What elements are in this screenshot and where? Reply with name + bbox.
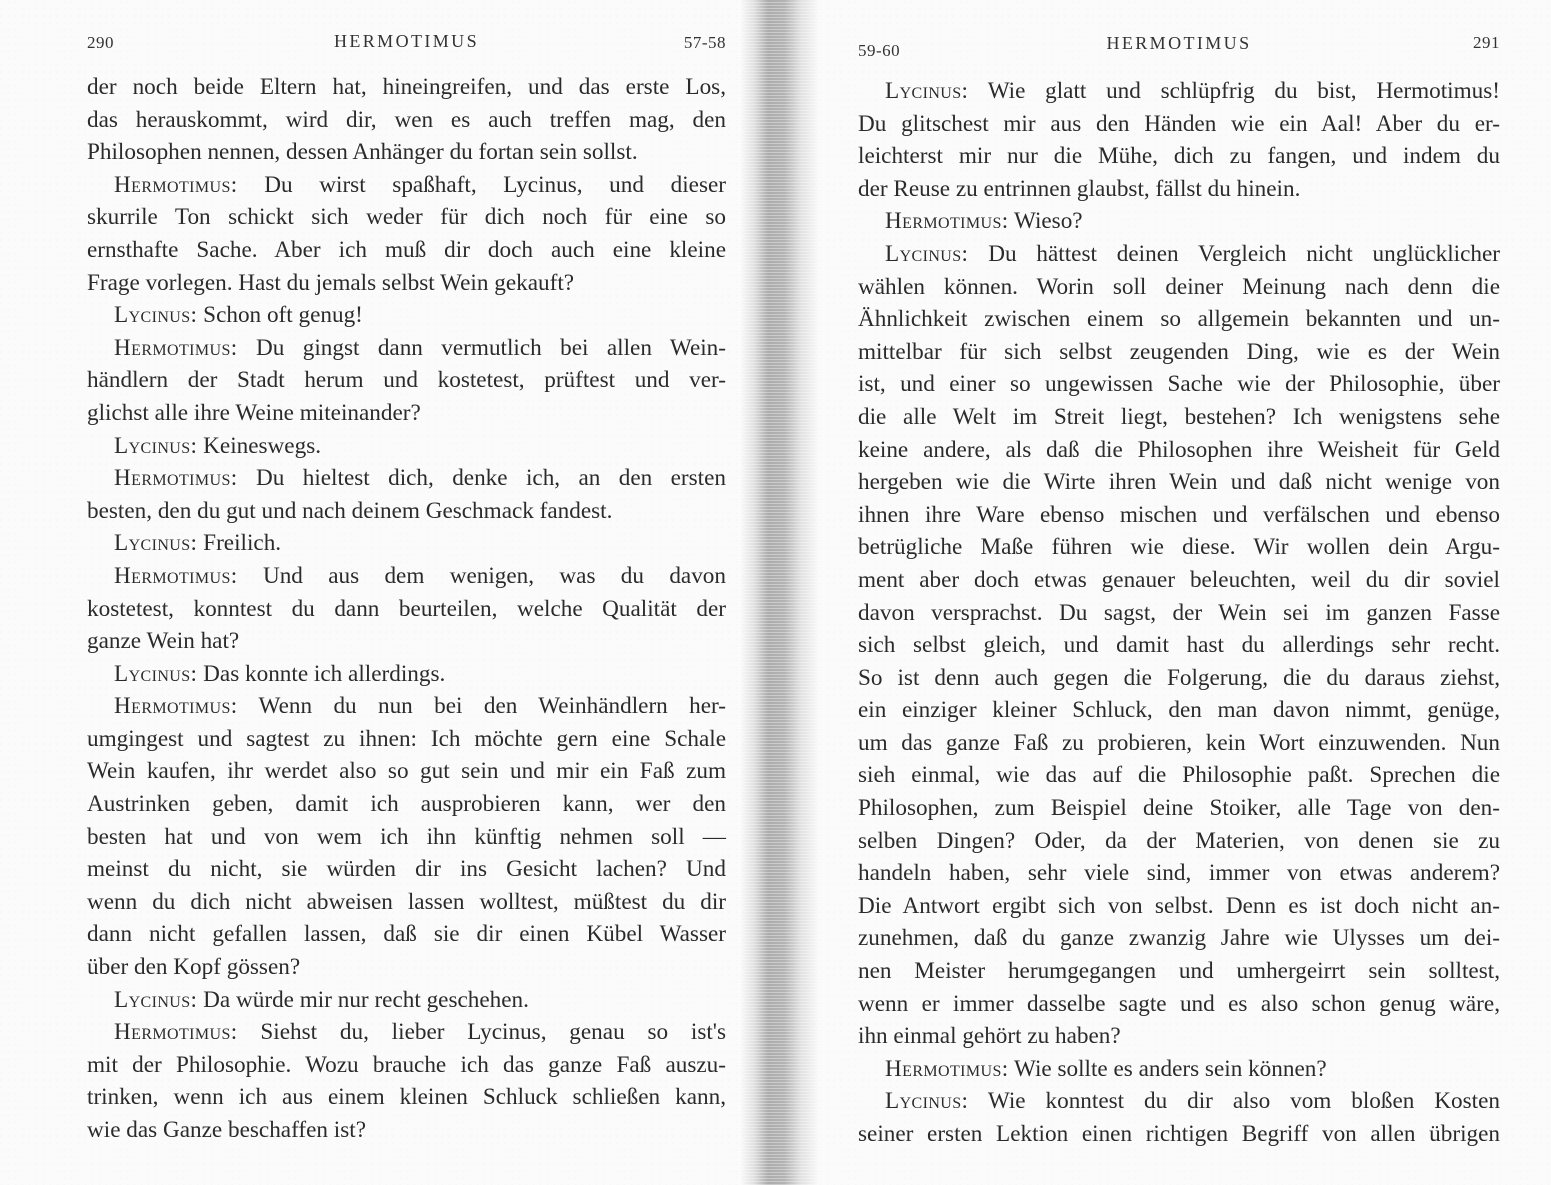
- line-text: Philosophen nennen, dessen Anhänger du f…: [87, 139, 638, 165]
- text-line: trinken, wenn ich aus einem kleinen Schl…: [87, 1081, 726, 1114]
- line-text: wenn er immer dasselbe sagte und es also…: [858, 991, 1500, 1017]
- text-line: Hermotimus: Wieso?: [858, 205, 1500, 238]
- line-text: davon versprachst. Du sagst, der Wein se…: [858, 600, 1500, 626]
- line-text: Du hieltest dich, denke ich, an den erst…: [238, 465, 726, 491]
- text-line: skurrile Ton schickt sich weder für dich…: [87, 201, 726, 234]
- book-spread: 290 HERMOTIMUS 57-58 der noch beide Elte…: [0, 0, 1551, 1185]
- left-running-head: 290 HERMOTIMUS 57-58: [87, 31, 726, 71]
- text-line: Du glitschest mir aus den Händen wie ein…: [858, 108, 1500, 141]
- line-text: Wie sollte es anders sein können?: [1009, 1056, 1327, 1082]
- speaker-name: Lycinus:: [114, 433, 197, 459]
- text-line: händlern der Stadt herum und kostetest, …: [87, 364, 726, 397]
- line-text: ganze Wein hat?: [87, 628, 239, 654]
- line-text: meinst du nicht, sie würden dir ins Gesi…: [87, 856, 726, 882]
- line-text: Du wirst spaßhaft, Lycinus, und dieser: [238, 172, 726, 198]
- speaker-name: Hermotimus:: [114, 1019, 238, 1045]
- text-line: ein einziger kleiner Schluck, den man da…: [858, 694, 1500, 727]
- right-page-number: 291: [1473, 33, 1500, 53]
- line-text: kostetest, konntest du dann beurteilen, …: [87, 596, 726, 622]
- speaker-name: Lycinus:: [885, 241, 968, 267]
- text-line: leichterst mir nur die Mühe, dich zu fan…: [858, 140, 1500, 173]
- line-text: hergeben wie die Wirte ihren Wein und da…: [858, 469, 1500, 495]
- speaker-name: Hermotimus:: [114, 693, 238, 719]
- text-line: nen Meister herumgegangen und umhergeirr…: [858, 955, 1500, 988]
- line-text: der noch beide Eltern hat, hineingreifen…: [87, 74, 726, 100]
- text-line: ment aber doch etwas genauer beleuchten,…: [858, 564, 1500, 597]
- line-text: handeln haben, sehr viele sind, immer vo…: [858, 860, 1500, 886]
- line-text: ein einziger kleiner Schluck, den man da…: [858, 697, 1500, 723]
- line-text: die alle Welt im Streit liegt, bestehen?…: [858, 404, 1500, 430]
- text-line: wenn du dich nicht abweisen lassen wollt…: [87, 886, 726, 919]
- line-text: zunehmen, daß du ganze zwanzig Jahre wie…: [858, 925, 1500, 951]
- speaker-name: Hermotimus:: [885, 208, 1009, 234]
- text-line: mittelbar für sich selbst zeugenden Ding…: [858, 336, 1500, 369]
- text-line: mit der Philosophie. Wozu brauche ich da…: [87, 1049, 726, 1082]
- text-line: die alle Welt im Streit liegt, bestehen?…: [858, 401, 1500, 434]
- text-line: Hermotimus: Siehst du, lieber Lycinus, g…: [87, 1016, 726, 1049]
- text-line: wenn er immer dasselbe sagte und es also…: [858, 988, 1500, 1021]
- line-text: dann nicht gefallen lassen, daß sie dir …: [87, 921, 726, 947]
- text-line: Lycinus: Du hättest deinen Vergleich nic…: [858, 238, 1500, 271]
- line-text: wählen können. Worin soll deiner Meinung…: [858, 274, 1500, 300]
- line-text: Du gingst dann vermutlich bei allen Wein…: [238, 335, 726, 361]
- text-line: Lycinus: Das konnte ich allerdings.: [87, 658, 726, 691]
- text-line: Lycinus: Wie konntest du dir also vom bl…: [858, 1085, 1500, 1118]
- speaker-name: Lycinus:: [114, 661, 197, 687]
- speaker-name: Hermotimus:: [885, 1056, 1009, 1082]
- speaker-name: Hermotimus:: [114, 465, 238, 491]
- left-running-title: HERMOTIMUS: [87, 31, 726, 52]
- speaker-name: Lycinus:: [114, 302, 197, 328]
- speaker-name: Lycinus:: [114, 530, 197, 556]
- line-text: keine andere, als daß die Philosophen ih…: [858, 437, 1500, 463]
- speaker-name: Lycinus:: [885, 1088, 968, 1114]
- line-text: mit der Philosophie. Wozu brauche ich da…: [87, 1052, 726, 1078]
- line-text: selben Dingen? Oder, da der Materien, vo…: [858, 828, 1500, 854]
- line-text: glichst alle ihre Weine miteinander?: [87, 400, 421, 426]
- line-text: Schon oft genug!: [197, 302, 363, 328]
- line-text: Wie glatt und schlüpfrig du bist, Hermot…: [968, 78, 1500, 104]
- text-line: Lycinus: Freilich.: [87, 527, 726, 560]
- speaker-name: Lycinus:: [114, 987, 197, 1013]
- line-text: Wein kaufen, ihr werdet also so gut sein…: [87, 758, 726, 784]
- speaker-name: Hermotimus:: [114, 563, 238, 589]
- text-line: ihnen ihre Ware ebenso mischen und verfä…: [858, 499, 1500, 532]
- text-line: Lycinus: Da würde mir nur recht geschehe…: [87, 984, 726, 1017]
- text-line: ernsthafte Sache. Aber ich muß dir doch …: [87, 234, 726, 267]
- left-page: 290 HERMOTIMUS 57-58 der noch beide Elte…: [87, 0, 726, 1185]
- line-text: Du glitschest mir aus den Händen wie ein…: [858, 111, 1500, 137]
- line-text: der Reuse zu entrinnen glaubst, fällst d…: [858, 176, 1300, 202]
- line-text: betrügliche Maße führen wie diese. Wir w…: [858, 534, 1500, 560]
- text-line: hergeben wie die Wirte ihren Wein und da…: [858, 466, 1500, 499]
- line-text: wenn du dich nicht abweisen lassen wollt…: [87, 889, 726, 915]
- text-line: kostetest, konntest du dann beurteilen, …: [87, 593, 726, 626]
- text-line: davon versprachst. Du sagst, der Wein se…: [858, 597, 1500, 630]
- line-text: nen Meister herumgegangen und umhergeirr…: [858, 958, 1500, 984]
- text-line: betrügliche Maße führen wie diese. Wir w…: [858, 531, 1500, 564]
- text-line: Ähnlichkeit zwischen einem so allgemein …: [858, 303, 1500, 336]
- text-line: der noch beide Eltern hat, hineingreifen…: [87, 71, 726, 104]
- line-text: seiner ersten Lektion einen richtigen Be…: [858, 1121, 1500, 1147]
- line-text: mittelbar für sich selbst zeugenden Ding…: [858, 339, 1500, 365]
- text-line: Austrinken geben, damit ich ausprobieren…: [87, 788, 726, 821]
- book-gutter-shadow: [740, 0, 820, 1185]
- text-line: um das ganze Faß zu probieren, kein Wort…: [858, 727, 1500, 760]
- line-text: besten, den du gut und nach deinem Gesch…: [87, 498, 612, 524]
- text-line: So ist denn auch gegen die Folgerung, di…: [858, 662, 1500, 695]
- speaker-name: Hermotimus:: [114, 335, 238, 361]
- line-text: trinken, wenn ich aus einem kleinen Schl…: [87, 1084, 726, 1110]
- line-text: Wenn du nun bei den Weinhändlern her-: [238, 693, 726, 719]
- text-line: Lycinus: Wie glatt und schlüpfrig du bis…: [858, 75, 1500, 108]
- line-text: ernsthafte Sache. Aber ich muß dir doch …: [87, 237, 726, 263]
- line-text: Da würde mir nur recht geschehen.: [197, 987, 529, 1013]
- line-text: über den Kopf gössen?: [87, 954, 300, 980]
- line-text: So ist denn auch gegen die Folgerung, di…: [858, 665, 1500, 691]
- text-line: keine andere, als daß die Philosophen ih…: [858, 434, 1500, 467]
- text-line: Lycinus: Schon oft genug!: [87, 299, 726, 332]
- text-line: sieh einmal, wie das auf die Philosophie…: [858, 759, 1500, 792]
- line-text: Ähnlichkeit zwischen einem so allgemein …: [858, 306, 1500, 332]
- line-text: besten hat und von wem ich ihn künftig n…: [87, 824, 726, 850]
- line-text: Philosophen, zum Beispiel deine Stoiker,…: [858, 795, 1500, 821]
- right-page: 59-60 HERMOTIMUS 291 Lycinus: Wie glatt …: [858, 0, 1500, 1185]
- text-line: Frage vorlegen. Hast du jemals selbst We…: [87, 267, 726, 300]
- left-page-body: der noch beide Eltern hat, hineingreifen…: [87, 71, 726, 1147]
- text-line: ganze Wein hat?: [87, 625, 726, 658]
- text-line: wie das Ganze beschaffen ist?: [87, 1114, 726, 1147]
- line-text: umgingest und sagtest zu ihnen: Ich möch…: [87, 726, 726, 752]
- line-text: ment aber doch etwas genauer beleuchten,…: [858, 567, 1500, 593]
- line-text: leichterst mir nur die Mühe, dich zu fan…: [858, 143, 1500, 169]
- text-line: Philosophen nennen, dessen Anhänger du f…: [87, 136, 726, 169]
- line-text: Die Antwort ergibt sich von selbst. Denn…: [858, 893, 1500, 919]
- text-line: Die Antwort ergibt sich von selbst. Denn…: [858, 890, 1500, 923]
- text-line: wählen können. Worin soll deiner Meinung…: [858, 271, 1500, 304]
- text-line: Wein kaufen, ihr werdet also so gut sein…: [87, 755, 726, 788]
- text-line: Hermotimus: Du hieltest dich, denke ich,…: [87, 462, 726, 495]
- line-text: Siehst du, lieber Lycinus, genau so ist'…: [238, 1019, 726, 1045]
- line-text: wie das Ganze beschaffen ist?: [87, 1117, 366, 1143]
- text-line: dann nicht gefallen lassen, daß sie dir …: [87, 918, 726, 951]
- text-line: das herauskommt, wird dir, wen es auch t…: [87, 104, 726, 137]
- line-text: Und aus dem wenigen, was du davon: [238, 563, 726, 589]
- line-text: skurrile Ton schickt sich weder für dich…: [87, 204, 726, 230]
- text-line: über den Kopf gössen?: [87, 951, 726, 984]
- text-line: umgingest und sagtest zu ihnen: Ich möch…: [87, 723, 726, 756]
- text-line: Hermotimus: Du wirst spaßhaft, Lycinus, …: [87, 169, 726, 202]
- text-line: besten, den du gut und nach deinem Gesch…: [87, 495, 726, 528]
- text-line: glichst alle ihre Weine miteinander?: [87, 397, 726, 430]
- line-text: Das konnte ich allerdings.: [197, 661, 445, 687]
- text-line: Philosophen, zum Beispiel deine Stoiker,…: [858, 792, 1500, 825]
- line-text: Austrinken geben, damit ich ausprobieren…: [87, 791, 726, 817]
- line-text: Wie konntest du dir also vom bloßen Kost…: [968, 1088, 1500, 1114]
- line-text: Freilich.: [197, 530, 281, 556]
- speaker-name: Hermotimus:: [114, 172, 238, 198]
- line-text: ihnen ihre Ware ebenso mischen und verfä…: [858, 502, 1500, 528]
- text-line: meinst du nicht, sie würden dir ins Gesi…: [87, 853, 726, 886]
- right-page-body: Lycinus: Wie glatt und schlüpfrig du bis…: [858, 75, 1500, 1151]
- text-line: Hermotimus: Und aus dem wenigen, was du …: [87, 560, 726, 593]
- text-line: Hermotimus: Du gingst dann vermutlich be…: [87, 332, 726, 365]
- text-line: seiner ersten Lektion einen richtigen Be…: [858, 1118, 1500, 1151]
- text-line: Hermotimus: Wie sollte es anders sein kö…: [858, 1053, 1500, 1086]
- text-line: besten hat und von wem ich ihn künftig n…: [87, 821, 726, 854]
- text-line: sich selbst gleich, und damit hast du al…: [858, 629, 1500, 662]
- left-section-range: 57-58: [684, 33, 726, 53]
- line-text: sich selbst gleich, und damit hast du al…: [858, 632, 1500, 658]
- line-text: Du hättest deinen Vergleich nicht unglüc…: [968, 241, 1500, 267]
- line-text: Wieso?: [1009, 208, 1083, 234]
- text-line: Hermotimus: Wenn du nun bei den Weinhänd…: [87, 690, 726, 723]
- text-line: Lycinus: Keineswegs.: [87, 430, 726, 463]
- line-text: sieh einmal, wie das auf die Philosophie…: [858, 762, 1500, 788]
- text-line: ihn einmal gehört zu haben?: [858, 1020, 1500, 1053]
- line-text: händlern der Stadt herum und kostetest, …: [87, 367, 726, 393]
- line-text: ist, und einer so ungewissen Sache wie d…: [858, 371, 1500, 397]
- text-line: der Reuse zu entrinnen glaubst, fällst d…: [858, 173, 1500, 206]
- line-text: das herauskommt, wird dir, wen es auch t…: [87, 107, 726, 133]
- text-line: selben Dingen? Oder, da der Materien, vo…: [858, 825, 1500, 858]
- text-line: zunehmen, daß du ganze zwanzig Jahre wie…: [858, 922, 1500, 955]
- right-running-title: HERMOTIMUS: [858, 33, 1500, 54]
- line-text: ihn einmal gehört zu haben?: [858, 1023, 1121, 1049]
- line-text: Keineswegs.: [197, 433, 321, 459]
- line-text: Frage vorlegen. Hast du jemals selbst We…: [87, 270, 574, 296]
- line-text: um das ganze Faß zu probieren, kein Wort…: [858, 730, 1500, 756]
- right-running-head: 59-60 HERMOTIMUS 291: [858, 31, 1500, 71]
- text-line: ist, und einer so ungewissen Sache wie d…: [858, 368, 1500, 401]
- speaker-name: Lycinus:: [885, 78, 968, 104]
- text-line: handeln haben, sehr viele sind, immer vo…: [858, 857, 1500, 890]
